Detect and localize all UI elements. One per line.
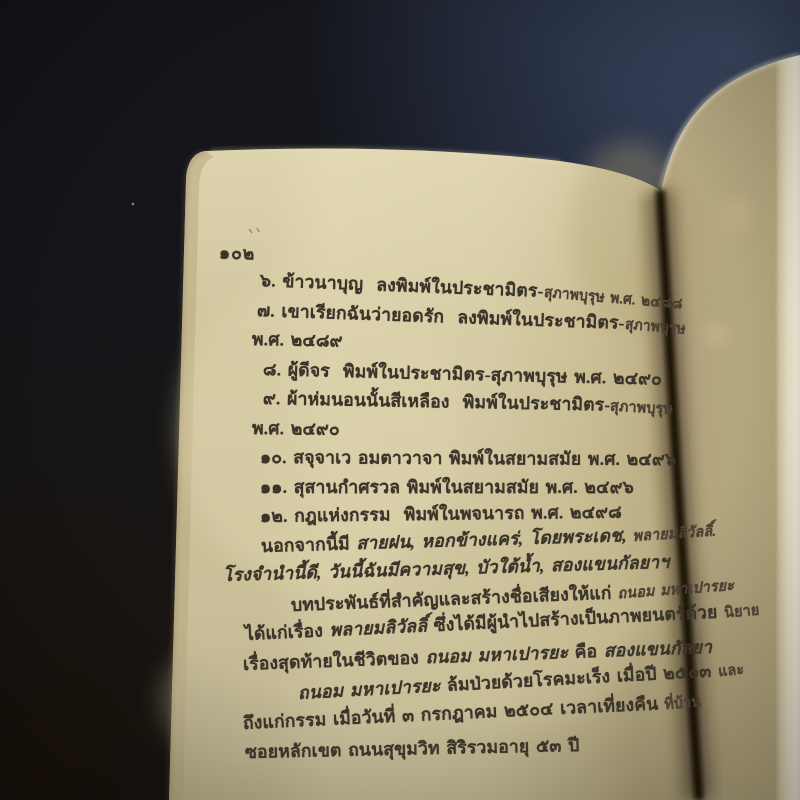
text-segment: พลายมลิวัลลิ์ <box>329 615 428 640</box>
text-segment: ได้แก่เรื่อง <box>244 620 330 644</box>
page-number: ๑๐๒ <box>219 239 256 268</box>
text-segment: นอกจากนี้มี <box>261 533 357 556</box>
text-segment: ๙. ผ้าห่มนอนนั้นสีเหลือง พิมพ์ในประชามิต… <box>263 388 611 415</box>
text-segment: ๑๐. สจุจาเว อมตาวาจา พิมพ์ในสยามสมัย พ.ศ… <box>260 447 676 469</box>
text-segment: ๘. ผู้ดีจร พิมพ์ในประชามิตร-สุภาพบุรุษ พ… <box>263 359 663 389</box>
text-segment: เรื่องสุดท้ายในชีวิตของ <box>243 647 426 674</box>
book-photo: ๑๐๒ ๖. ข้าวนาบุญ ลงพิมพ์ในประชามิตร-สุภา… <box>0 0 800 800</box>
text-segment: ซอยหลักเขต ถนนสุขุมวิท สิริรวมอายุ ๕๓ ปี <box>245 735 580 762</box>
text-line: ๑๐. สจุจาเว อมตาวาจา พิมพ์ในสยามสมัย พ.ศ… <box>260 443 668 475</box>
text-segment: คือ <box>568 640 604 661</box>
page-text: ๖. ข้าวนาบุญ ลงพิมพ์ในประชามิตร-สุภาพบุร… <box>238 266 668 768</box>
text-segment: พ.ศ. ๒๔๙๐ <box>252 418 340 439</box>
text-segment: สองแขนกัลยา <box>603 636 712 660</box>
text-segment: ๑๑. สุสานกำศรวล พิมพ์ในสยามสมัย พ.ศ. ๒๔๙… <box>260 477 634 497</box>
text-line: พ.ศ. ๒๔๙๐ <box>252 414 668 448</box>
text-segment: ที่บ้าน <box>664 688 703 720</box>
text-segment: พ.ศ. ๒๔๘๙ <box>252 329 343 351</box>
text-segment: ๖. ข้าวนาบุญ ลงพิมพ์ในประชามิตร- <box>260 270 544 301</box>
text-segment: นิยาย <box>723 597 760 629</box>
text-segment: และ <box>717 656 746 687</box>
text-segment: ถนอม มหาเปารยะ <box>297 675 441 703</box>
text-segment: พลายมลิวัลลิ์. <box>632 517 717 551</box>
text-segment: ถนอม มหาเปารยะ <box>425 642 568 667</box>
text-segment: สายฝน, หอกข้างแคร่, โดยพระเดช, <box>356 524 633 552</box>
